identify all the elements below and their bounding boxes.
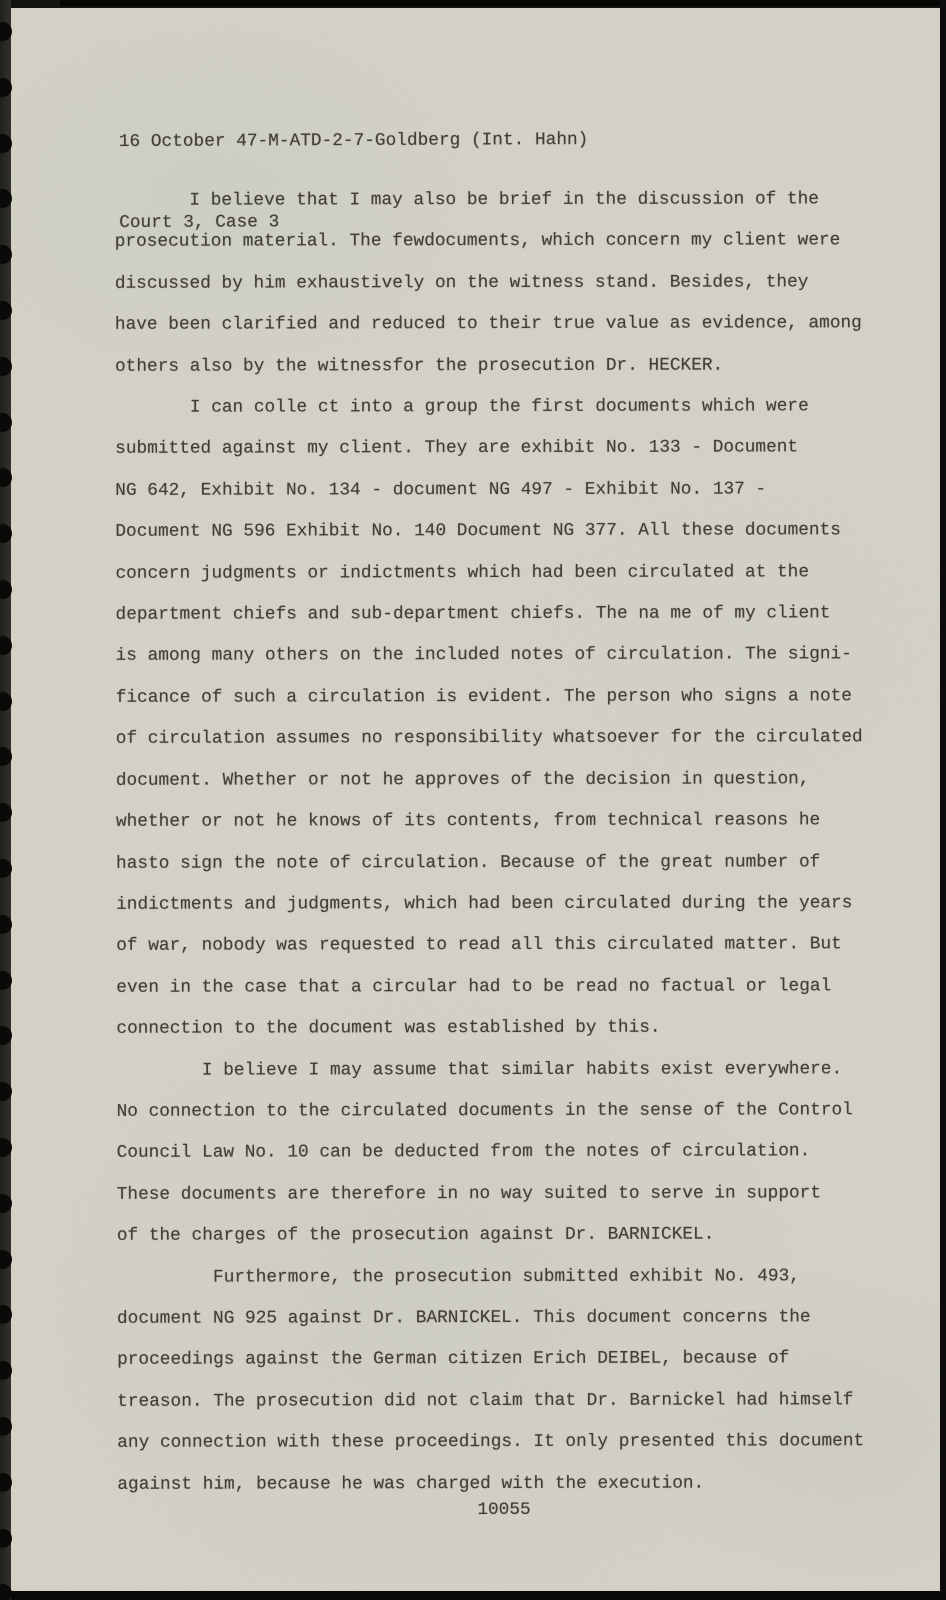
typed-line: department chiefs and sub-department chi… [115, 593, 893, 636]
typed-line: whether or not he knows of its contents,… [116, 800, 894, 843]
typed-line: I believe I may assume that similar habi… [116, 1049, 894, 1092]
typed-line: Furthermore, the prosecution submitted e… [117, 1256, 895, 1299]
header-line-1: 16 October 47-M-ATD-2-7-Goldberg (Int. H… [119, 127, 589, 156]
scan-border-right [939, 0, 946, 1600]
typed-line: Council Law No. 10 can be deducted from … [117, 1132, 895, 1175]
typed-line: NG 642, Exhibit No. 134 - document NG 49… [115, 469, 893, 512]
document-body: I believe that I may also be brief in th… [115, 179, 896, 1506]
typed-line: of war, nobody was requested to read all… [116, 924, 894, 967]
typed-line: prosecution material. The fewdocuments, … [115, 221, 893, 264]
typed-line: document NG 925 against Dr. BARNICKEL. T… [117, 1297, 895, 1340]
page-number: 10055 [119, 1500, 889, 1520]
typed-line: concern judgments or indictments which h… [115, 552, 893, 595]
typed-line: I can colle ct into a group the first do… [115, 386, 893, 429]
typed-line: Document NG 596 Exhibit No. 140 Document… [115, 510, 893, 553]
typed-line: proceedings against the German citizen E… [117, 1339, 895, 1382]
typed-line: treason. The prosecution did not claim t… [117, 1380, 895, 1423]
typed-line: I believe that I may also be brief in th… [115, 179, 893, 222]
scan-border-bottom [0, 1591, 946, 1600]
scan-border-top [60, 0, 946, 6]
typed-line: others also by the witnessfor the prosec… [115, 345, 893, 388]
typed-line: submitted against my client. They are ex… [115, 428, 893, 471]
typed-line: any connection with these proceedings. I… [117, 1421, 895, 1464]
scanned-page: 16 October 47-M-ATD-2-7-Goldberg (Int. H… [0, 0, 946, 1600]
typed-line: No connection to the circulated document… [117, 1090, 895, 1133]
typed-line: ficance of such a circulation is evident… [116, 676, 894, 719]
typed-line: document. Whether or not he approves of … [116, 759, 894, 802]
typed-line: is among many others on the included not… [116, 635, 894, 678]
typed-line: of the charges of the prosecution agains… [117, 1214, 895, 1257]
paper-sheet: 16 October 47-M-ATD-2-7-Goldberg (Int. H… [11, 8, 940, 1591]
typed-line: have been clarified and reduced to their… [115, 303, 893, 346]
typed-line: of circulation assumes no responsibility… [116, 717, 894, 760]
typed-line: connection to the document was establish… [116, 1007, 894, 1050]
typed-line: even in the case that a circular had to … [116, 966, 894, 1009]
typed-line: These documents are therefore in no way … [117, 1173, 895, 1216]
binder-spine [0, 0, 11, 1600]
typed-line: discussed by him exhaustively on the wit… [115, 262, 893, 305]
typed-line: hasto sign the note of circulation. Beca… [116, 842, 894, 885]
typed-line: indictments and judgments, which had bee… [116, 883, 894, 926]
